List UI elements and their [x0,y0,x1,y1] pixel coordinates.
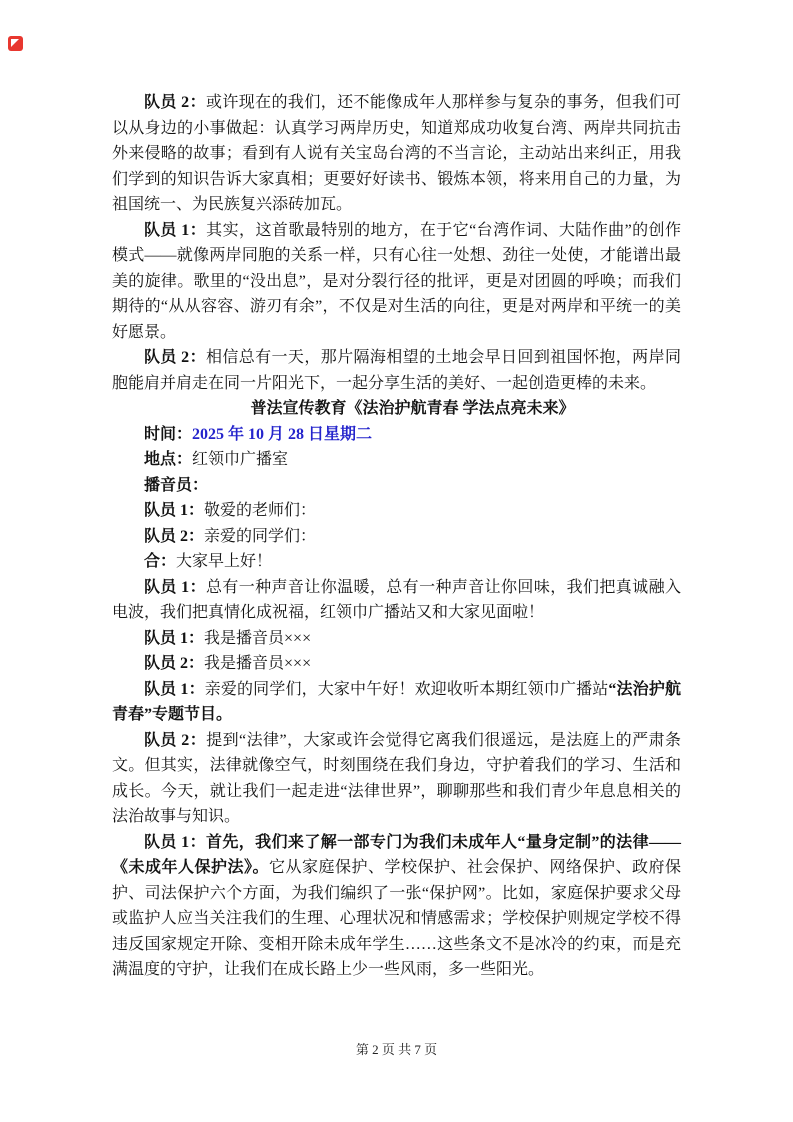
section-title: 普法宣传教育《法治护航青春 学法点亮未来》 [112,396,681,422]
speaker-label: 队员 2： [144,94,206,111]
script-line: 队员 1：首先，我们来了解一部专门为我们未成年人“量身定制”的法律——《未成年人… [112,830,681,983]
line-text: 亲爱的同学们： [204,528,316,545]
time-line: 时间：2025 年 10 月 28 日星期二 [112,422,681,448]
document-page: 队员 2：或许现在的我们，还不能像成年人那样参与复杂的事务，但我们可以从身边的小… [112,90,681,983]
speaker-label: 队员 1： [144,579,206,596]
line-text: 我是播音员××× [204,655,311,672]
speaker-label: 队员 1： [144,681,205,698]
line-text: 它从家庭保护、学校保护、社会保护、网络保护、政府保护、司法保护六个方面，为我们编… [112,859,681,978]
paragraph-text: 其实，这首歌最特别的地方，在于它“台湾作词、大陆作曲”的创作模式——就像两岸同胞… [112,222,681,341]
speaker-label: 队员 2： [144,655,204,672]
speaker-label: 队员 1： [144,222,206,239]
script-paragraph: 队员 2：或许现在的我们，还不能像成年人那样参与复杂的事务，但我们可以从身边的小… [112,90,681,218]
announcer-label: 播音员： [144,477,208,494]
script-line: 队员 1：总有一种声音让你温暖，总有一种声音让你回味，我们把真诚融入电波，我们把… [112,575,681,626]
script-line: 队员 2：提到“法律”，大家或许会觉得它离我们很遥远，是法庭上的严肃条文。但其实… [112,728,681,830]
script-line: 队员 1：敬爱的老师们： [112,498,681,524]
speaker-label: 队员 2： [144,732,206,749]
paragraph-text: 或许现在的我们，还不能像成年人那样参与复杂的事务，但我们可以从身边的小事做起：认… [112,94,681,213]
script-paragraph: 队员 1：其实，这首歌最特别的地方，在于它“台湾作词、大陆作曲”的创作模式——就… [112,218,681,346]
script-line: 队员 1：亲爱的同学们，大家中午好！欢迎收听本期红领巾广播站“法治护航青春”专题… [112,677,681,728]
speaker-label: 队员 1： [144,502,204,519]
line-text: 敬爱的老师们： [204,502,316,519]
time-label: 时间： [144,426,192,443]
line-text: 我是播音员××× [204,630,311,647]
speaker-label: 队员 2： [144,528,204,545]
script-line: 合：大家早上好！ [112,549,681,575]
speaker-label: 队员 2： [144,349,206,366]
speaker-label: 队员 1： [144,630,204,647]
time-value: 2025 年 10 月 28 日星期二 [192,426,372,443]
speaker-label: 队员 1： [144,834,206,851]
line-text: 大家早上好！ [176,553,272,570]
line-text: 亲爱的同学们，大家中午好！欢迎收听本期红领巾广播站 [205,681,609,698]
speaker-label: 合： [144,553,176,570]
script-line: 队员 2：我是播音员××× [112,651,681,677]
place-line: 地点：红领巾广播室 [112,447,681,473]
script-paragraph: 队员 2：相信总有一天，那片隔海相望的土地会早日回到祖国怀抱，两岸同胞能肩并肩走… [112,345,681,396]
place-label: 地点： [144,451,192,468]
red-marker-icon [8,36,23,51]
script-line: 队员 1：我是播音员××× [112,626,681,652]
script-line: 队员 2：亲爱的同学们： [112,524,681,550]
page-number-footer: 第 2 页 共 7 页 [0,1039,793,1058]
announcer-line: 播音员： [112,473,681,499]
place-value: 红领巾广播室 [192,451,288,468]
